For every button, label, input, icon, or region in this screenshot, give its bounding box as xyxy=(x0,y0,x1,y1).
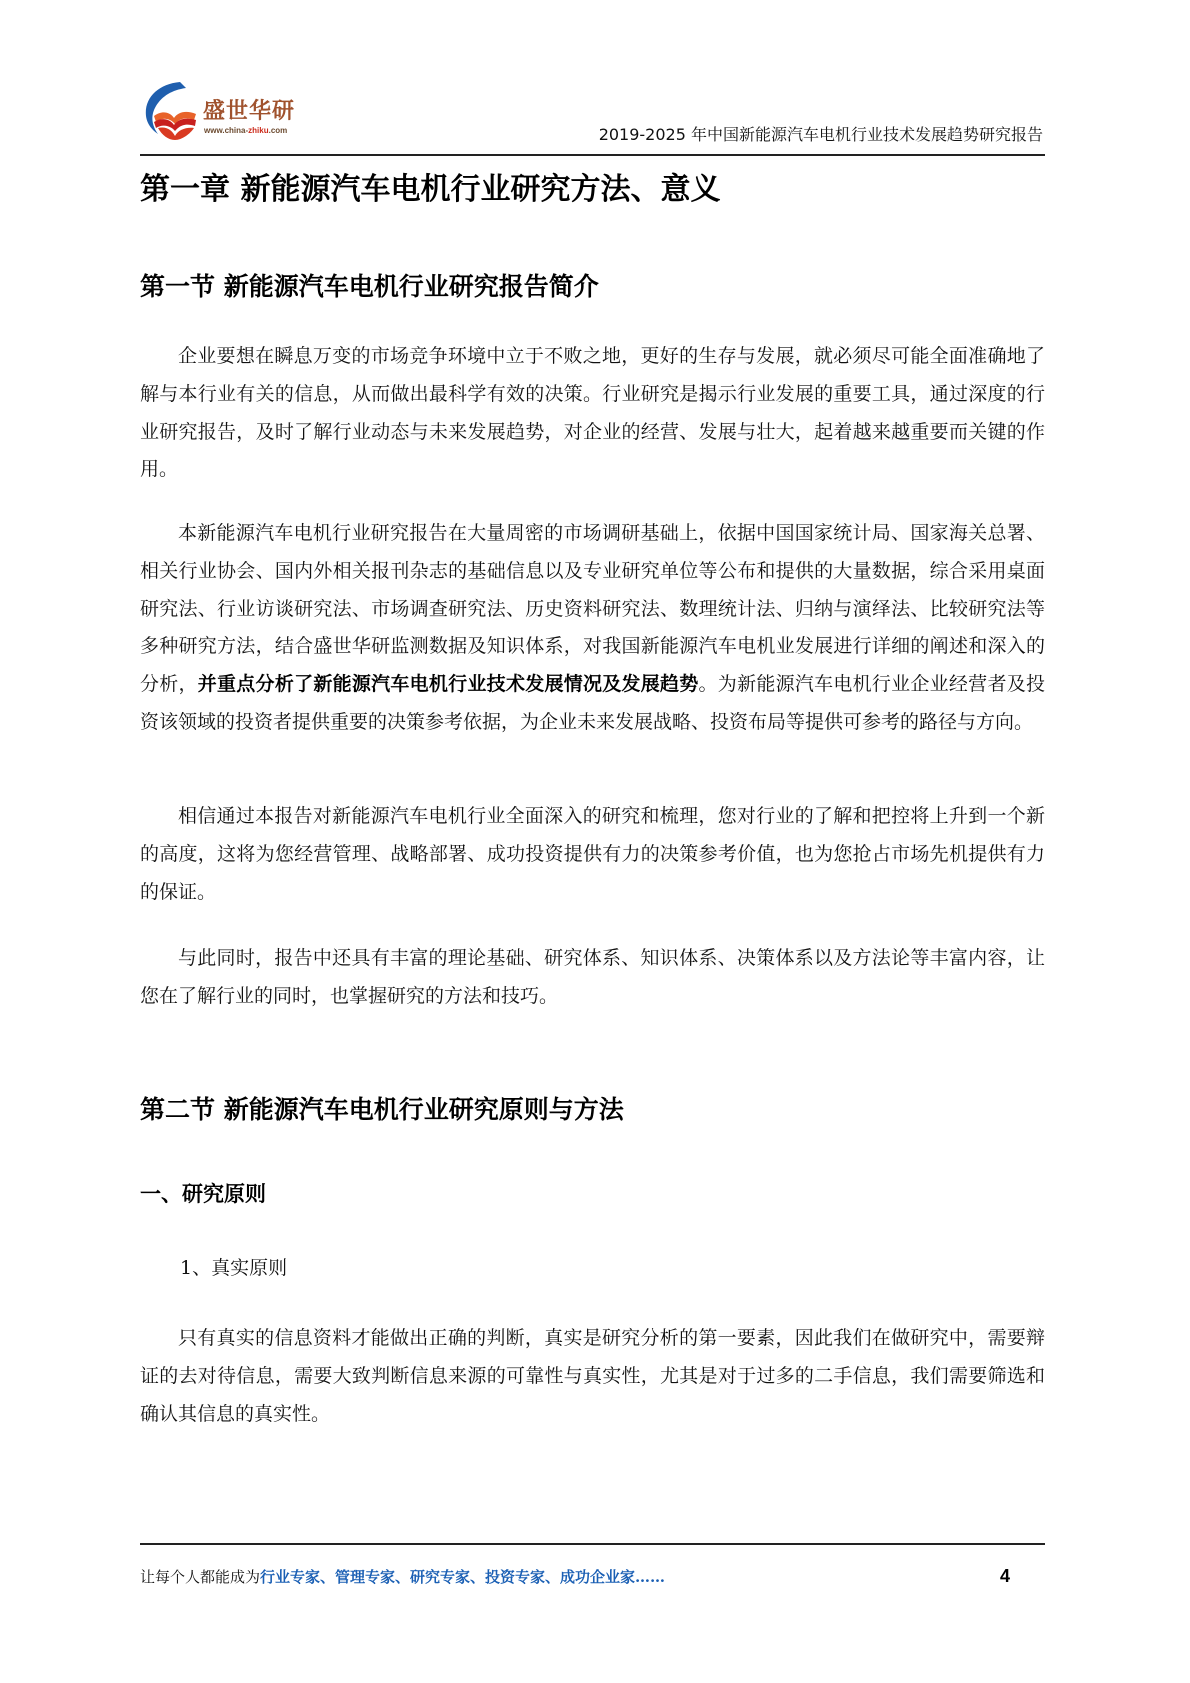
logo-url-highlight: zhiku xyxy=(248,126,268,135)
principle-label: 1、真实原则 xyxy=(180,1254,287,1282)
logo-url-prefix: www.china- xyxy=(204,126,248,135)
logo-name: 盛世华研 xyxy=(203,100,295,124)
section-2-title: 第二节 新能源汽车电机行业研究原则与方法 xyxy=(140,1093,624,1127)
logo-url-suffix: .com xyxy=(269,126,288,135)
report-title: 2019-2025 年中国新能源汽车电机行业技术发展趋势研究报告 xyxy=(599,125,1043,145)
logo-url: www.china-zhiku.com xyxy=(204,126,287,136)
subsection-title: 一、研究原则 xyxy=(140,1180,266,1208)
logo-book-swoosh-icon xyxy=(140,80,202,142)
paragraph-2-text: 本新能源汽车电机行业研究报告在大量周密的市场调研基础上，依据中国国家统计局、国家… xyxy=(140,522,1045,695)
footer-divider xyxy=(140,1543,1045,1545)
header-divider xyxy=(140,154,1045,156)
footer-slogan: 让每个人都能成为行业专家、管理专家、研究专家、投资专家、成功企业家…… xyxy=(140,1567,665,1587)
paragraph-3: 相信通过本报告对新能源汽车电机行业全面深入的研究和梳理，您对行业的了解和把控将上… xyxy=(140,798,1045,911)
paragraph-2-emphasis: 并重点分析了新能源汽车电机行业技术发展情况及发展趋势 xyxy=(198,673,699,695)
page-number: 4 xyxy=(1000,1565,1010,1587)
section-1-title: 第一节 新能源汽车电机行业研究报告简介 xyxy=(140,270,599,304)
paragraph-4: 与此同时，报告中还具有丰富的理论基础、研究体系、知识体系、决策体系以及方法论等丰… xyxy=(140,940,1045,1016)
chapter-title: 第一章 新能源汽车电机行业研究方法、意义 xyxy=(140,170,720,210)
principle-paragraph: 只有真实的信息资料才能做出正确的判断，真实是研究分析的第一要素，因此我们在做研究… xyxy=(140,1320,1045,1433)
slogan-prefix: 让每个人都能成为 xyxy=(140,1568,260,1586)
slogan-accent: 行业专家、管理专家、研究专家、投资专家、成功企业家…… xyxy=(260,1568,665,1586)
company-logo: 盛世华研 www.china-zhiku.com xyxy=(140,80,310,142)
document-page: 盛世华研 www.china-zhiku.com 2019-2025 年中国新能… xyxy=(0,0,1190,1683)
paragraph-1: 企业要想在瞬息万变的市场竞争环境中立于不败之地，更好的生存与发展，就必须尽可能全… xyxy=(140,338,1045,489)
paragraph-2: 本新能源汽车电机行业研究报告在大量周密的市场调研基础上，依据中国国家统计局、国家… xyxy=(140,515,1045,742)
